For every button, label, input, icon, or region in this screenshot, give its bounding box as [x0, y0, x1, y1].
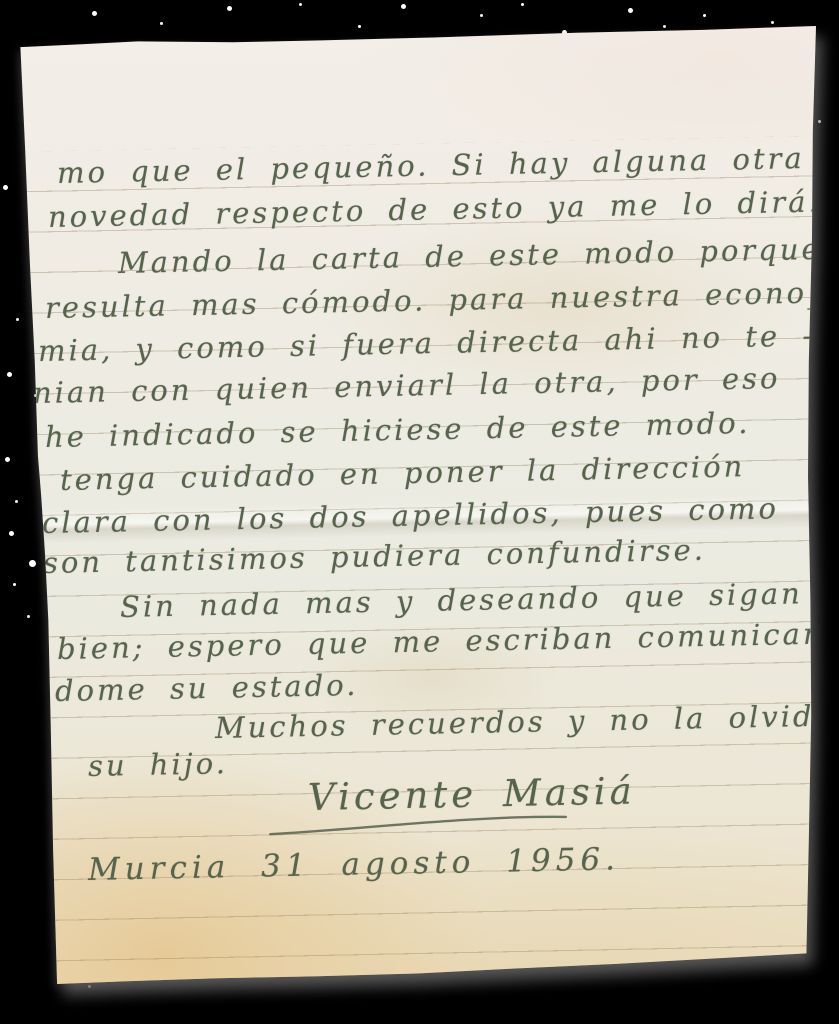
letter-paper-wrapper: mo que el pequeño. Si hay alguna otra no… — [18, 26, 816, 984]
handwritten-line-15: su hijo. — [88, 746, 229, 783]
photo-background: mo que el pequeño. Si hay alguna otra no… — [0, 0, 839, 1024]
dust-specks — [0, 0, 3, 3]
handwritten-line-13: dome su estado. — [55, 668, 359, 708]
letter-paper: mo que el pequeño. Si hay alguna otra no… — [18, 26, 816, 984]
